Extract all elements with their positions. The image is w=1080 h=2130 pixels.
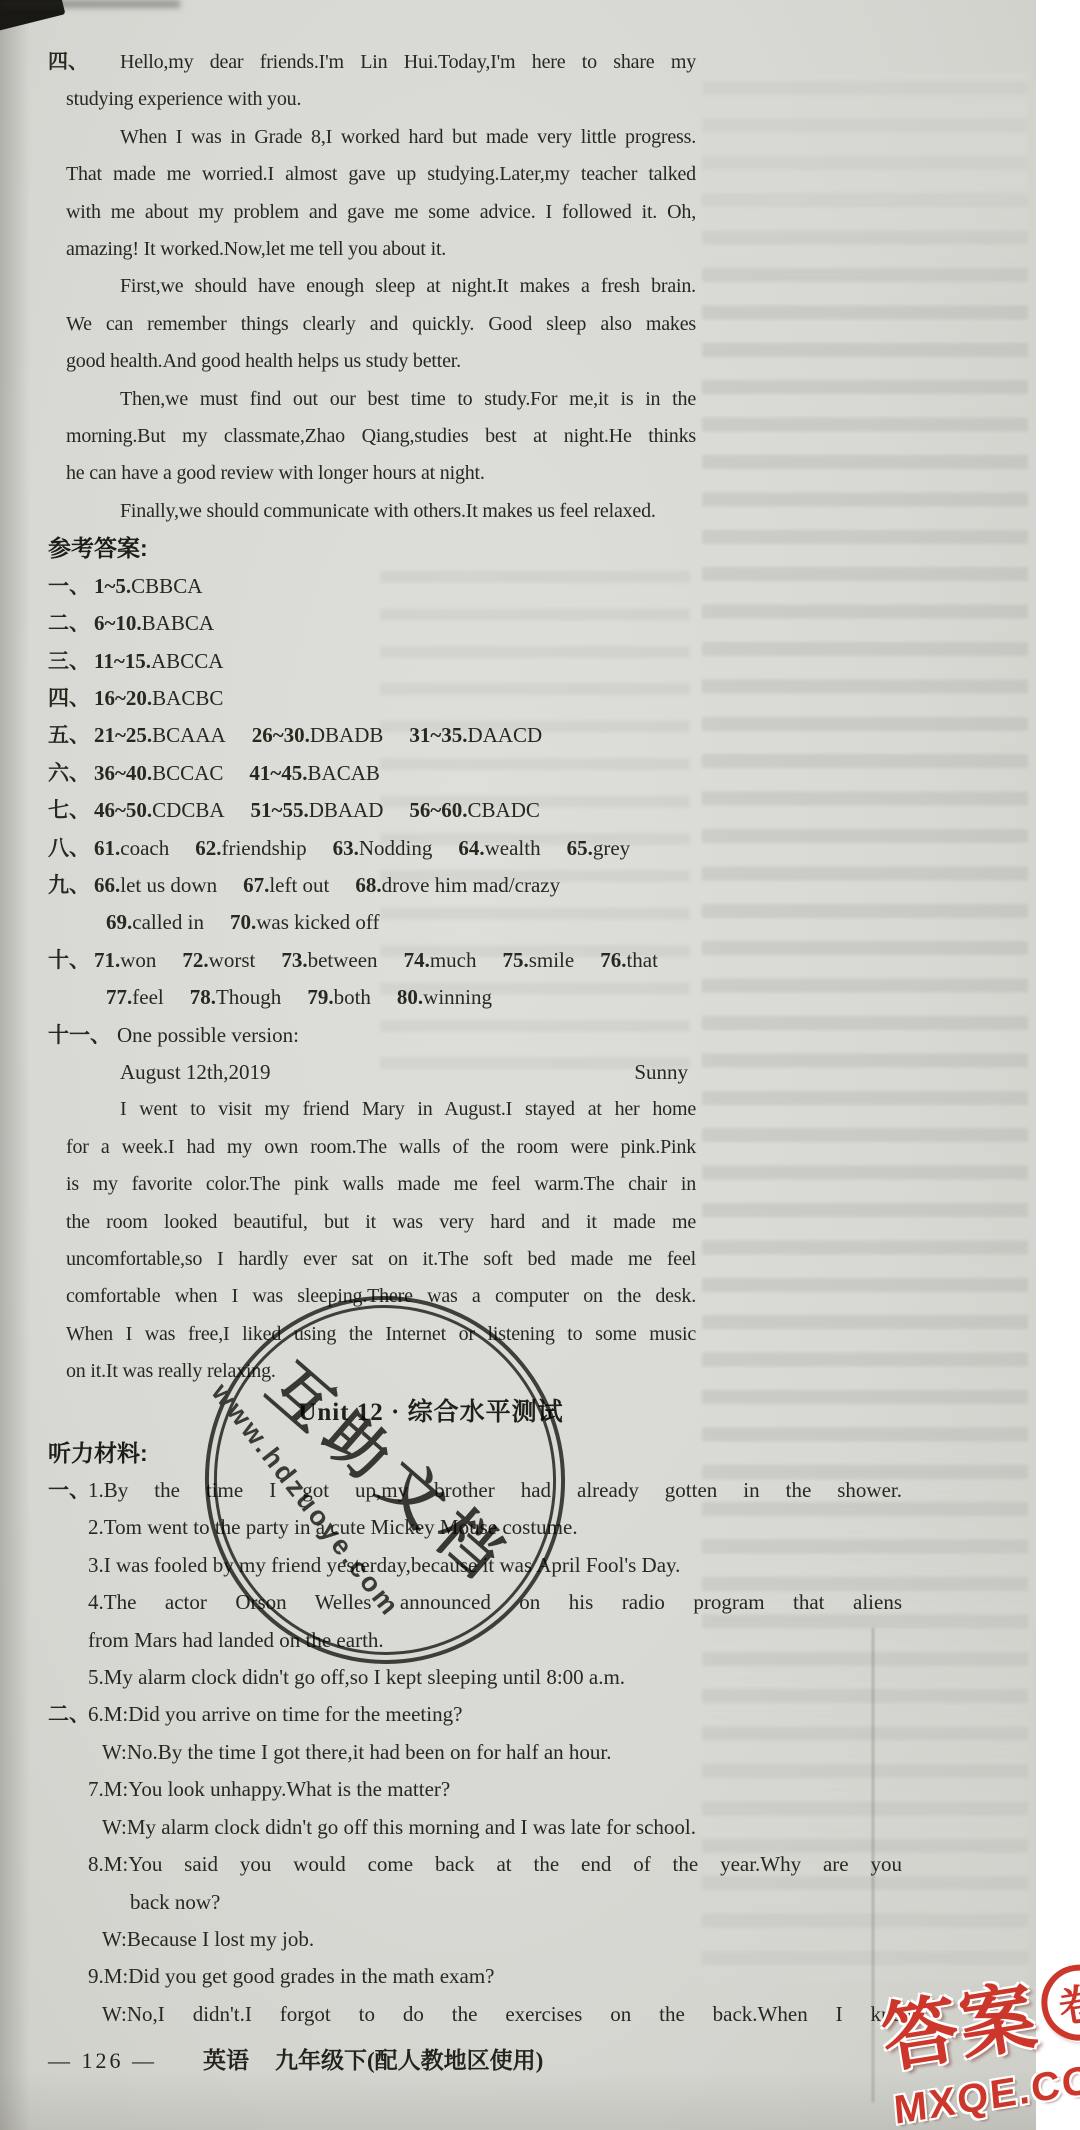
essay-text: is my favorite color.The pink walls made… (66, 1173, 696, 1195)
essay-line: uncomfortable,so I hardly ever sat on it… (66, 1241, 696, 1278)
passage-text: First,we should have enough sleep at nig… (120, 275, 696, 297)
answer-row-label: 十、 (48, 948, 90, 972)
listening-text: back now? (130, 1890, 220, 1914)
passage-text: with me about my problem and gave me som… (66, 201, 696, 223)
page-footer: — 126 — 英语 九年级下(配人教地区使用) (48, 2042, 543, 2075)
listening-line: 7.M:You look unhappy.What is the matter? (66, 1771, 902, 1808)
passage-text: Then,we must find out our best time to s… (120, 388, 696, 410)
essay-line: is my favorite color.The pink walls made… (66, 1166, 696, 1203)
answer-row: 69.called in70.was kicked off (102, 904, 880, 941)
answer-key: 一、1~5.CBBCA 二、6~10.BABCA 三、11~15.ABCCA 四… (66, 568, 880, 1054)
listening-text: W:No.By the time I got there,it had been… (102, 1740, 612, 1764)
essay-date-row: August 12th,2019 Sunny (66, 1054, 696, 1091)
passage-line: Then,we must find out our best time to s… (66, 381, 696, 418)
answer-row: 八、61.coach62.friendship63.Nodding64.weal… (48, 830, 880, 867)
footer-subject: 英语 (203, 2042, 249, 2075)
answer-items: 16~20.BACBC (94, 686, 249, 710)
listening-text: W:My alarm clock didn't go off this morn… (102, 1815, 696, 1839)
answer-row: 九、66.let us down67.left out68.drove him … (48, 867, 880, 904)
passage-text: amazing! It worked.Now,let me tell you a… (66, 238, 446, 260)
answer-row: 二、6~10.BABCA (48, 605, 880, 642)
answer-items: 61.coach62.friendship63.Nodding64.wealth… (94, 836, 656, 860)
passage-line: morning.But my classmate,Zhao Qiang,stud… (66, 418, 696, 455)
section-marker: 一、 (48, 1472, 90, 1509)
answer-items: 11~15.ABCCA (94, 649, 249, 673)
passage-text: Hello,my dear friends.I'm Lin Hui.Today,… (120, 51, 696, 73)
passage-text: studying experience with you. (66, 88, 301, 110)
footer-edition: 九年级下(配人教地区使用) (275, 2042, 543, 2075)
scanned-book-page: 四、Hello,my dear friends.I'm Lin Hui.Toda… (0, 0, 1036, 2130)
logo-circle-badge: 卷 (1036, 1959, 1080, 2046)
passage-line: We can remember things clearly and quick… (66, 306, 696, 343)
passage-text: morning.But my classmate,Zhao Qiang,stud… (66, 425, 696, 447)
essay-date: August 12th,2019 (120, 1054, 271, 1091)
answer-row-label: 一、 (48, 574, 90, 598)
answer-items: 36~40.BCCAC41~45.BACAB (94, 761, 406, 785)
answer-row: 一、1~5.CBBCA (48, 568, 880, 605)
listening-text: 8.M:You said you would come back at the … (88, 1852, 902, 1876)
passage-text: We can remember things clearly and quick… (66, 313, 696, 335)
listening-line: 9.M:Did you get good grades in the math … (66, 1958, 902, 1995)
answer-row: 十一、One possible version: (48, 1017, 880, 1054)
passage-line: good health.And good health helps us stu… (66, 343, 696, 380)
answer-row: 三、11~15.ABCCA (48, 643, 880, 680)
answer-items: 1~5.CBBCA (94, 574, 228, 598)
listening-line: W:My alarm clock didn't go off this morn… (66, 1809, 916, 1846)
answer-row: 五、21~25.BCAAA26~30.DBADB31~35.DAACD (48, 717, 880, 754)
listening-text: 5.My alarm clock didn't go off,so I kept… (88, 1665, 625, 1689)
answer-row-text: One possible version: (117, 1023, 299, 1047)
listening-line: 8.M:You said you would come back at the … (66, 1846, 902, 1883)
listening-line: 5.My alarm clock didn't go off,so I kept… (66, 1659, 902, 1696)
passage-text: he can have a good review with longer ho… (66, 462, 485, 484)
answer-row-label: 三、 (48, 649, 90, 673)
answer-row-label: 二、 (48, 611, 90, 635)
answer-row: 77.feel78.Though79.both80.winning (102, 979, 880, 1016)
answer-items: 69.called in70.was kicked off (106, 910, 405, 934)
essay-line: the room looked beautiful, but it was ve… (66, 1204, 696, 1241)
listening-line: W:Because I lost my job. (66, 1921, 916, 1958)
essay-text: the room looked beautiful, but it was ve… (66, 1211, 696, 1233)
answer-row-label: 十一、 (48, 1023, 111, 1047)
answer-row-label: 四、 (48, 686, 90, 710)
logo-brand-text: 答案 (873, 1955, 1044, 2087)
answers-header: 参考答案: (48, 530, 880, 567)
essay-text: for a week.I had my own room.The walls o… (66, 1136, 696, 1158)
essay-line: I went to visit my friend Mary in August… (66, 1091, 696, 1128)
page-number: — 126 — (48, 2048, 157, 2074)
passage-text: Finally,we should communicate with other… (120, 500, 656, 522)
passage-text: That made me worried.I almost gave up st… (66, 163, 696, 185)
reading-passage: 四、Hello,my dear friends.I'm Lin Hui.Toda… (66, 44, 880, 530)
answer-items: 77.feel78.Though79.both80.winning (106, 985, 518, 1009)
passage-line: 四、Hello,my dear friends.I'm Lin Hui.Toda… (66, 44, 696, 81)
answer-items: 21~25.BCAAA26~30.DBADB31~35.DAACD (94, 723, 568, 747)
passage-line: Finally,we should communicate with other… (66, 493, 696, 530)
listening-line: W:No.By the time I got there,it had been… (66, 1734, 916, 1771)
passage-line: That made me worried.I almost gave up st… (66, 156, 696, 193)
answer-items: 71.won72.worst73.between74.much75.smile7… (94, 948, 684, 972)
answer-row-label: 八、 (48, 836, 90, 860)
answer-row: 四、16~20.BACBC (48, 680, 880, 717)
passage-line: with me about my problem and gave me som… (66, 194, 696, 231)
answer-row-label: 九、 (48, 873, 90, 897)
essay-line: for a week.I had my own room.The walls o… (66, 1129, 696, 1166)
section-marker: 二、 (48, 1696, 90, 1733)
listening-line: W:No,I didn't.I forgot to do the exercis… (66, 1996, 916, 2033)
passage-line: studying experience with you. (66, 81, 696, 118)
section-marker: 四、 (48, 44, 88, 81)
essay-weather: Sunny (634, 1054, 688, 1091)
answer-items: 6~10.BABCA (94, 611, 240, 635)
listening-line: 二、6.M:Did you arrive on time for the mee… (66, 1696, 902, 1733)
scan-edge-smudge (0, 0, 180, 8)
answer-items: 46~50.CDCBA51~55.DBAAD56~60.CBADC (94, 798, 566, 822)
answer-row-label: 五、 (48, 723, 90, 747)
passage-line: When I was in Grade 8,I worked hard but … (66, 119, 696, 156)
passage-line: he can have a good review with longer ho… (66, 455, 696, 492)
watermark-stamp: www.hdzuoye.com 互助文档 (187, 1278, 583, 1682)
answer-row: 七、46~50.CDCBA51~55.DBAAD56~60.CBADC (48, 792, 880, 829)
listening-text: 6.M:Did you arrive on time for the meeti… (88, 1702, 462, 1726)
listening-text: 9.M:Did you get good grades in the math … (88, 1964, 495, 1988)
passage-text: good health.And good health helps us stu… (66, 350, 461, 372)
passage-line: amazing! It worked.Now,let me tell you a… (66, 231, 696, 268)
listening-line: back now? (66, 1884, 944, 1921)
listening-text: W:No,I didn't.I forgot to do the exercis… (102, 2002, 916, 2026)
answer-items: 66.let us down67.left out68.drove him ma… (94, 873, 586, 897)
passage-line: First,we should have enough sleep at nig… (66, 268, 696, 305)
answer-row: 六、36~40.BCCAC41~45.BACAB (48, 755, 880, 792)
listening-text: 7.M:You look unhappy.What is the matter? (88, 1777, 450, 1801)
essay-text: I went to visit my friend Mary in August… (120, 1098, 696, 1120)
page-content: 四、Hello,my dear friends.I'm Lin Hui.Toda… (66, 44, 880, 2033)
answer-row-label: 七、 (48, 798, 90, 822)
essay-text: uncomfortable,so I hardly ever sat on it… (66, 1248, 696, 1270)
answer-row-label: 六、 (48, 761, 90, 785)
passage-text: When I was in Grade 8,I worked hard but … (120, 126, 696, 148)
answer-row: 十、71.won72.worst73.between74.much75.smil… (48, 942, 880, 979)
listening-text: W:Because I lost my job. (102, 1927, 314, 1951)
